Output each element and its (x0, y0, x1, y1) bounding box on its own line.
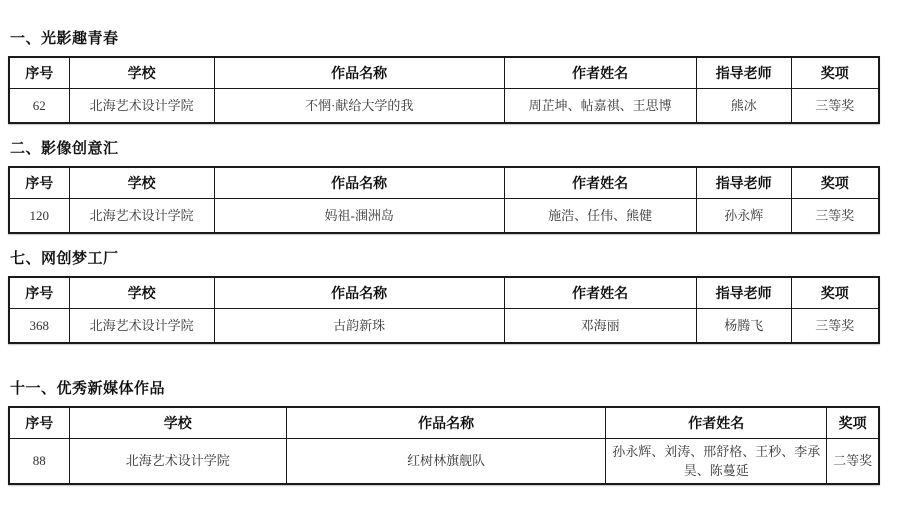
column-header: 指导老师 (696, 57, 791, 88)
column-header: 作者姓名 (504, 277, 696, 308)
column-header: 奖项 (791, 277, 879, 308)
table-cell: 北海艺术设计学院 (69, 308, 214, 343)
table-cell: 三等奖 (791, 198, 879, 233)
table-cell: 熊冰 (696, 88, 791, 123)
table-cell: 北海艺术设计学院 (69, 438, 287, 484)
column-header: 作品名称 (214, 277, 504, 308)
column-header: 学校 (69, 167, 214, 198)
awards-table: 序号学校作品名称作者姓名指导老师奖项62北海艺术设计学院不惘·献给大学的我周芷坤… (8, 56, 880, 124)
document-page: 一、光影趣青春 序号学校作品名称作者姓名指导老师奖项62北海艺术设计学院不惘·献… (0, 0, 900, 520)
table-cell: 不惘·献给大学的我 (214, 88, 504, 123)
table-cell: 88 (9, 438, 69, 484)
table-cell: 62 (9, 88, 69, 123)
award-section-youxiuxinmeitizuopin: 十一、优秀新媒体作品 序号学校作品名称作者姓名奖项88北海艺术设计学院红树林旗舰… (8, 380, 880, 485)
table-cell: 三等奖 (791, 308, 879, 343)
awards-table: 序号学校作品名称作者姓名指导老师奖项368北海艺术设计学院古韵新珠邓海丽杨腾飞三… (8, 276, 880, 344)
table-cell: 孙永辉、刘涛、邢舒格、王秒、李承昊、陈蔓延 (606, 438, 827, 484)
table-cell: 古韵新珠 (214, 308, 504, 343)
column-header: 作品名称 (287, 407, 606, 438)
awards-table: 序号学校作品名称作者姓名指导老师奖项120北海艺术设计学院妈祖-涠洲岛施浩、任伟… (8, 166, 880, 234)
column-header: 奖项 (827, 407, 879, 438)
column-header: 序号 (9, 167, 69, 198)
column-header: 作者姓名 (504, 167, 696, 198)
column-header: 序号 (9, 277, 69, 308)
awards-table: 序号学校作品名称作者姓名奖项88北海艺术设计学院红树林旗舰队孙永辉、刘涛、邢舒格… (8, 406, 880, 485)
section-heading: 一、光影趣青春 (10, 30, 880, 49)
column-header: 序号 (9, 407, 69, 438)
section-heading: 二、影像创意汇 (10, 140, 880, 159)
table-cell: 368 (9, 308, 69, 343)
award-section-wangchuangmenggongchang: 七、网创梦工厂 序号学校作品名称作者姓名指导老师奖项368北海艺术设计学院古韵新… (8, 250, 880, 344)
table-cell: 红树林旗舰队 (287, 438, 606, 484)
header-row: 序号学校作品名称作者姓名奖项 (9, 407, 879, 438)
column-header: 学校 (69, 57, 214, 88)
section-heading: 十一、优秀新媒体作品 (10, 380, 880, 399)
column-header: 作品名称 (214, 57, 504, 88)
column-header: 序号 (9, 57, 69, 88)
table-row: 88北海艺术设计学院红树林旗舰队孙永辉、刘涛、邢舒格、王秒、李承昊、陈蔓延二等奖 (9, 438, 879, 484)
award-section-guangyingquqingchun: 一、光影趣青春 序号学校作品名称作者姓名指导老师奖项62北海艺术设计学院不惘·献… (8, 30, 880, 124)
section-heading: 七、网创梦工厂 (10, 250, 880, 269)
column-header: 奖项 (791, 167, 879, 198)
column-header: 指导老师 (696, 167, 791, 198)
column-header: 作者姓名 (606, 407, 827, 438)
table-cell: 杨腾飞 (696, 308, 791, 343)
table-row: 120北海艺术设计学院妈祖-涠洲岛施浩、任伟、熊健孙永辉三等奖 (9, 198, 879, 233)
table-cell: 周芷坤、帖嘉祺、王思博 (504, 88, 696, 123)
column-header: 作品名称 (214, 167, 504, 198)
header-row: 序号学校作品名称作者姓名指导老师奖项 (9, 57, 879, 88)
column-header: 学校 (69, 407, 287, 438)
table-cell: 北海艺术设计学院 (69, 88, 214, 123)
header-row: 序号学校作品名称作者姓名指导老师奖项 (9, 167, 879, 198)
table-cell: 二等奖 (827, 438, 879, 484)
table-row: 368北海艺术设计学院古韵新珠邓海丽杨腾飞三等奖 (9, 308, 879, 343)
header-row: 序号学校作品名称作者姓名指导老师奖项 (9, 277, 879, 308)
table-cell: 妈祖-涠洲岛 (214, 198, 504, 233)
table-cell: 施浩、任伟、熊健 (504, 198, 696, 233)
table-cell: 北海艺术设计学院 (69, 198, 214, 233)
column-header: 指导老师 (696, 277, 791, 308)
column-header: 奖项 (791, 57, 879, 88)
table-cell: 邓海丽 (504, 308, 696, 343)
table-row: 62北海艺术设计学院不惘·献给大学的我周芷坤、帖嘉祺、王思博熊冰三等奖 (9, 88, 879, 123)
table-cell: 120 (9, 198, 69, 233)
column-header: 学校 (69, 277, 214, 308)
table-cell: 三等奖 (791, 88, 879, 123)
table-cell: 孙永辉 (696, 198, 791, 233)
award-section-yingxiangchuangyihui: 二、影像创意汇 序号学校作品名称作者姓名指导老师奖项120北海艺术设计学院妈祖-… (8, 140, 880, 234)
column-header: 作者姓名 (504, 57, 696, 88)
